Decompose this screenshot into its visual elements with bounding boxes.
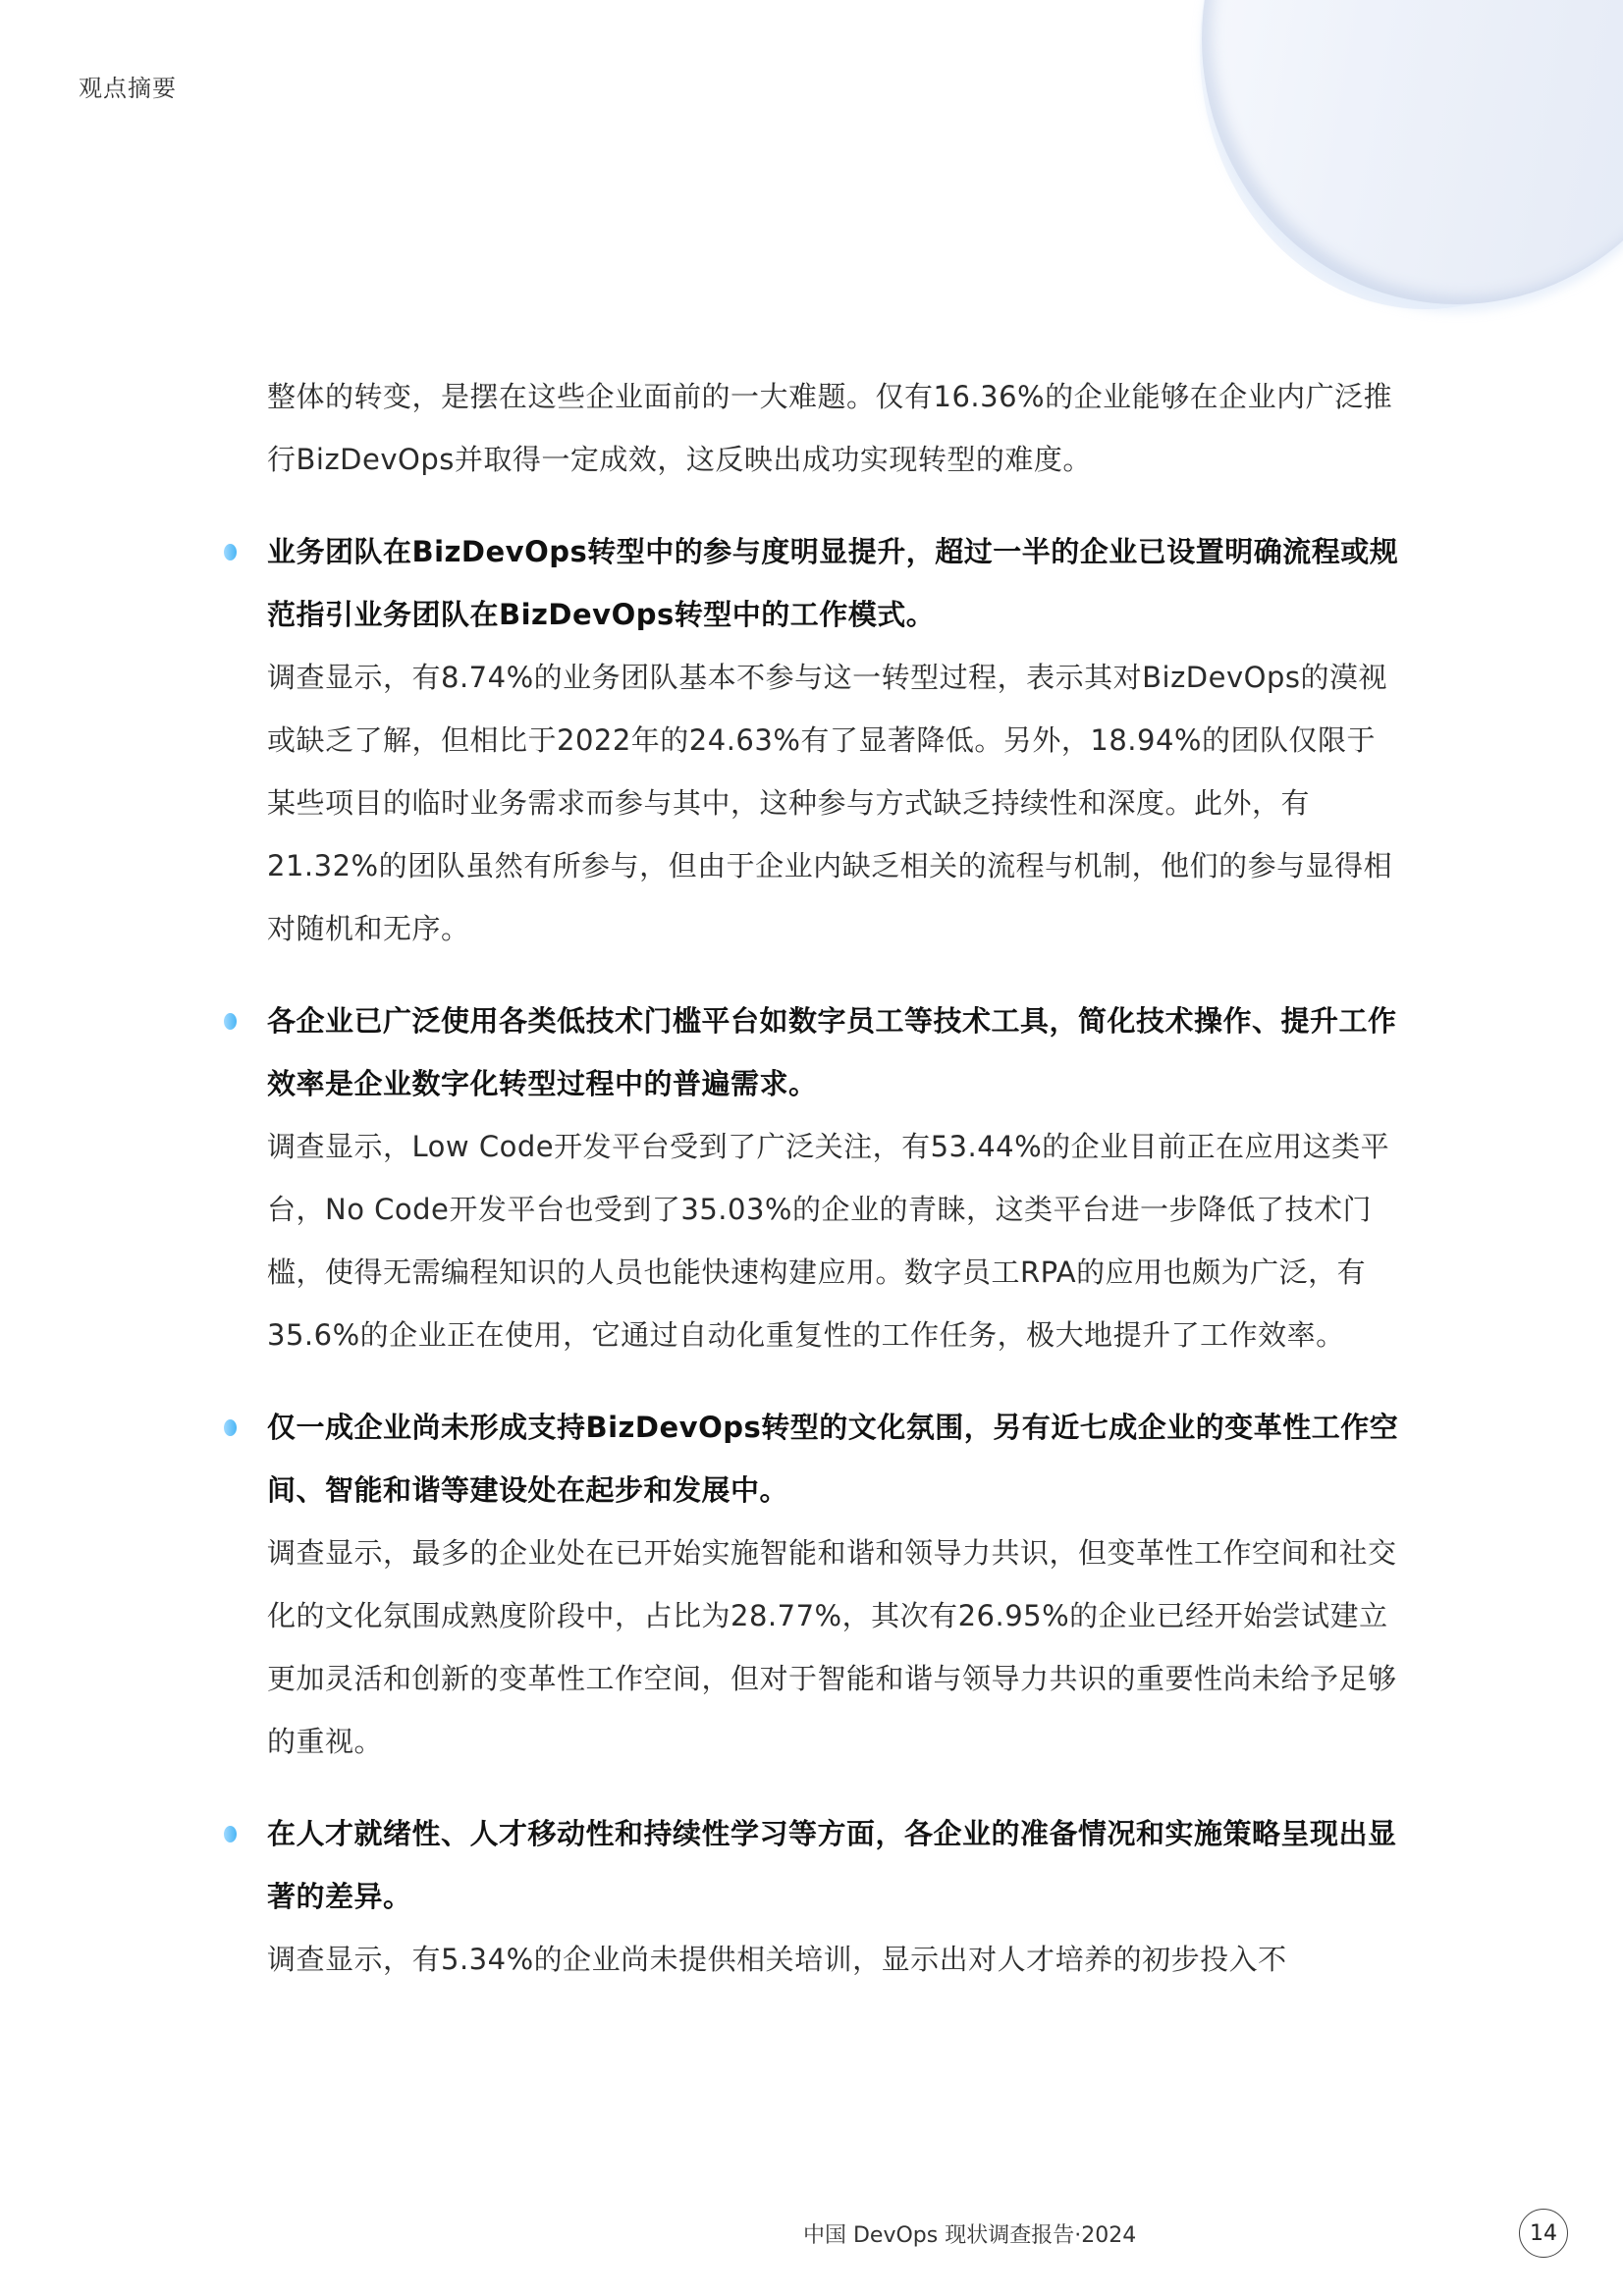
bullet-title: 各企业已广泛使用各类低技术门槛平台如数字员工等技术工具，简化技术操作、提升工作效… xyxy=(224,989,1402,1115)
bullet-title: 仅一成企业尚未形成支持BizDevOps转型的文化氛围，另有近七成企业的变革性工… xyxy=(224,1396,1402,1522)
intro-paragraph: 整体的转变，是摆在这些企业面前的一大难题。仅有16.36%的企业能够在企业内广泛… xyxy=(224,365,1402,491)
bullet-title: 在人才就绪性、人才移动性和持续性学习等方面，各企业的准备情况和实施策略呈现出显著… xyxy=(224,1802,1402,1928)
bullet-item: 在人才就绪性、人才移动性和持续性学习等方面，各企业的准备情况和实施策略呈现出显著… xyxy=(224,1802,1402,1991)
bullet-item: 各企业已广泛使用各类低技术门槛平台如数字员工等技术工具，简化技术操作、提升工作效… xyxy=(224,989,1402,1366)
bullet-item: 仅一成企业尚未形成支持BizDevOps转型的文化氛围，另有近七成企业的变革性工… xyxy=(224,1396,1402,1773)
bullet-body: 调查显示，有8.74%的业务团队基本不参与这一转型过程，表示其对BizDevOp… xyxy=(224,646,1402,960)
main-content: 整体的转变，是摆在这些企业面前的一大难题。仅有16.36%的企业能够在企业内广泛… xyxy=(224,365,1402,1991)
page-number-badge: 14 xyxy=(1519,2209,1568,2258)
page-number: 14 xyxy=(1530,2221,1557,2246)
decorative-circle xyxy=(1202,0,1623,304)
bullet-item: 业务团队在BizDevOps转型中的参与度明显提升，超过一半的企业已设置明确流程… xyxy=(224,520,1402,960)
bullet-body: 调查显示，最多的企业处在已开始实施智能和谐和领导力共识，但变革性工作空间和社交化… xyxy=(224,1522,1402,1773)
bullet-body: 调查显示，Low Code开发平台受到了广泛关注，有53.44%的企业目前正在应… xyxy=(224,1115,1402,1366)
bullet-title: 业务团队在BizDevOps转型中的参与度明显提升，超过一半的企业已设置明确流程… xyxy=(224,520,1402,646)
section-label: 观点摘要 xyxy=(79,69,177,103)
footer-report-title: 中国 DevOps 现状调查报告·2024 xyxy=(803,2218,1136,2249)
bullet-body: 调查显示，有5.34%的企业尚未提供相关培训，显示出对人才培养的初步投入不 xyxy=(224,1928,1402,1991)
